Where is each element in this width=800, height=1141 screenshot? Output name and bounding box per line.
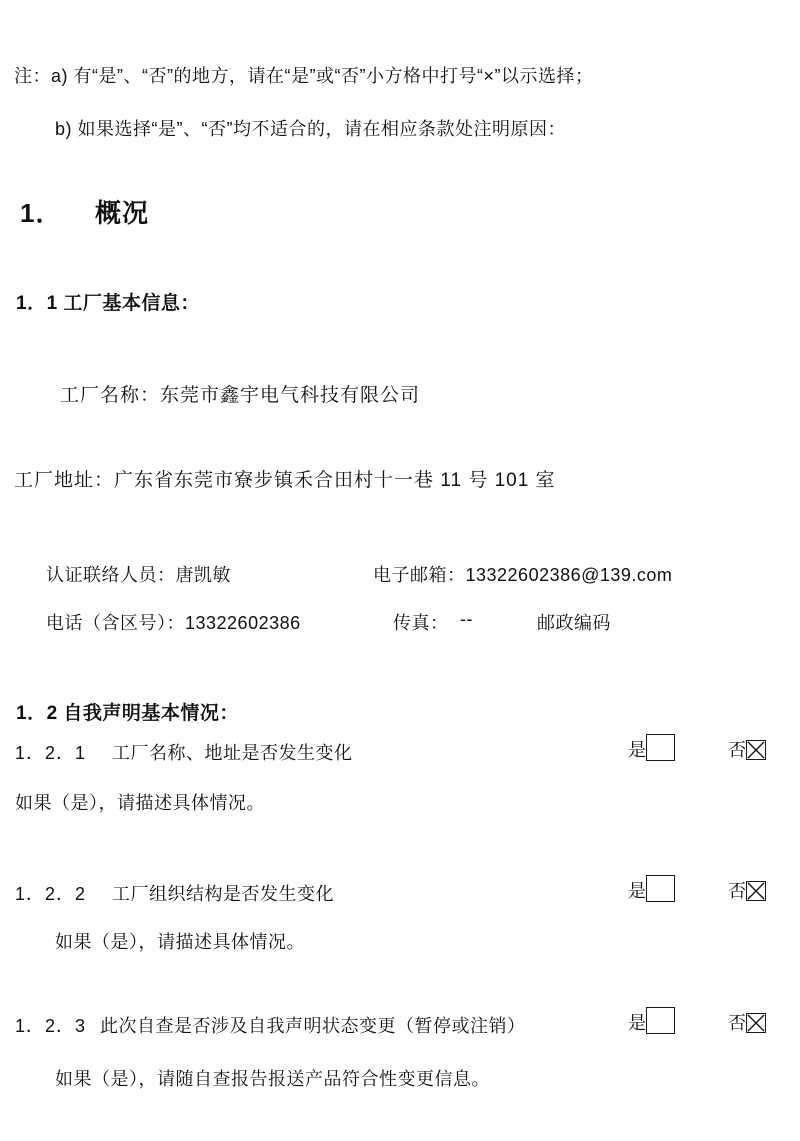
yes-checkbox[interactable]	[646, 734, 675, 761]
no-label: 否	[728, 1012, 746, 1034]
yes-option: 是	[628, 739, 675, 761]
factory-name-label: 工厂名称：	[60, 385, 160, 406]
fax-value: --	[460, 609, 473, 630]
question-number: 1．2．3	[15, 1012, 86, 1038]
phone-value: 13322602386	[185, 613, 301, 633]
x-mark-icon	[747, 741, 765, 759]
note-line-b: b) 如果选择“是”、“否”均不适合的，请在相应条款处注明原因：	[55, 115, 566, 141]
factory-address-value: 广东省东莞市寮步镇禾合田村十一巷 11 号 101 室	[114, 470, 556, 491]
no-option: 否	[728, 739, 766, 761]
yes-checkbox[interactable]	[646, 1007, 675, 1034]
note-line-a: 注：a) 有“是”、“否”的地方，请在“是”或“否”小方格中打号“×”以示选择；	[14, 62, 593, 88]
phone-label: 电话（含区号）：	[46, 613, 185, 633]
no-option: 否	[728, 880, 766, 902]
no-option: 否	[728, 1012, 766, 1034]
no-checkbox[interactable]	[746, 881, 766, 901]
question-text: 此次自查是否涉及自我声明状态变更（暂停或注销）	[100, 1012, 526, 1038]
yes-label: 是	[628, 739, 646, 761]
question-row-1-2-3: 1．2．3 此次自查是否涉及自我声明状态变更（暂停或注销） 是 否	[0, 1012, 800, 1046]
email-value: 13322602386@139.com	[466, 565, 673, 585]
no-checkbox[interactable]	[746, 1013, 766, 1033]
contact-person-value: 唐凯敏	[176, 565, 232, 585]
section-1-number: 1．	[20, 193, 62, 230]
question-row-1-2-2: 1．2．2 工厂组织结构是否发生变化 是 否	[0, 880, 800, 914]
question-row-1-2-1: 1．2．1 工厂名称、地址是否发生变化 是 否	[0, 739, 800, 773]
no-label: 否	[728, 739, 746, 761]
factory-name-value: 东莞市鑫宇电气科技有限公司	[160, 385, 420, 406]
yes-label: 是	[628, 1012, 646, 1034]
factory-address-label: 工厂地址：	[14, 470, 114, 491]
fax-label: 传真：	[393, 609, 449, 635]
phone-row: 电话（含区号）：13322602386	[46, 609, 301, 635]
email-label: 电子邮箱：	[373, 565, 466, 585]
no-checkbox[interactable]	[746, 740, 766, 760]
question-text: 工厂名称、地址是否发生变化	[112, 739, 353, 765]
yes-option: 是	[628, 880, 675, 902]
question-text: 工厂组织结构是否发生变化	[112, 880, 334, 906]
question-number: 1．2．2	[15, 880, 86, 906]
factory-name-row: 工厂名称：东莞市鑫宇电气科技有限公司	[60, 380, 420, 407]
x-mark-icon	[747, 1014, 765, 1032]
contact-person-label: 认证联络人员：	[46, 565, 176, 585]
factory-address-row: 工厂地址：广东省东莞市寮步镇禾合田村十一巷 11 号 101 室	[14, 465, 556, 492]
email-row: 电子邮箱：13322602386@139.com	[373, 561, 672, 587]
x-mark-icon	[747, 882, 765, 900]
followup-text: 如果（是），请随自查报告报送产品符合性变更信息。	[55, 1065, 490, 1091]
section-1-2-heading: 1．2 自我声明基本情况：	[16, 698, 239, 725]
section-1-title: 概况	[95, 193, 149, 230]
yes-checkbox[interactable]	[646, 875, 675, 902]
followup-text: 如果（是），请描述具体情况。	[15, 789, 265, 815]
no-label: 否	[728, 880, 746, 902]
postal-code-label: 邮政编码	[537, 609, 611, 635]
yes-label: 是	[628, 880, 646, 902]
yes-option: 是	[628, 1012, 675, 1034]
contact-person-row: 认证联络人员：唐凯敏	[46, 561, 231, 587]
followup-text: 如果（是），请描述具体情况。	[55, 928, 305, 954]
section-1-1-heading: 1．1 工厂基本信息：	[16, 288, 200, 315]
question-number: 1．2．1	[15, 739, 86, 765]
document-page: 注：a) 有“是”、“否”的地方，请在“是”或“否”小方格中打号“×”以示选择；…	[0, 0, 800, 1141]
